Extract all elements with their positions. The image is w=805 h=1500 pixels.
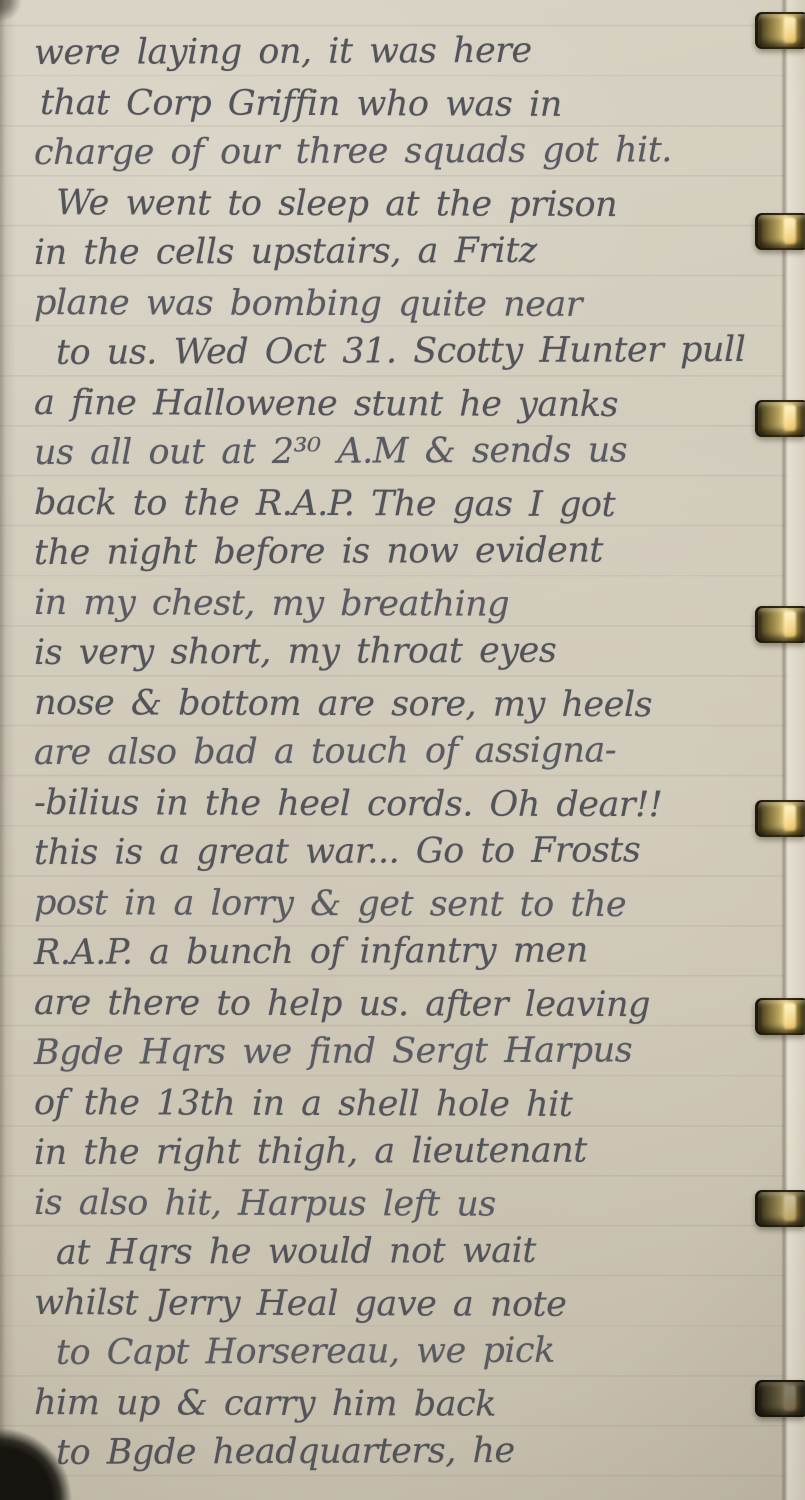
handwriting-line: back to the R.A.P. The gas I got <box>34 478 779 531</box>
handwriting-line: charge of our three squads got hit. <box>34 125 779 178</box>
handwriting-line: in the cells upstairs, a Fritz <box>34 225 779 278</box>
handwriting-line: to us. Wed Oct 31. Scotty Hunter pull <box>34 325 779 378</box>
handwriting-line: R.A.P. a bunch of infantry men <box>34 925 779 978</box>
page-top-corner-shadow <box>0 0 26 30</box>
handwriting-line: post in a lorry & get sent to the <box>34 878 779 931</box>
handwriting-line: is also hit, Harpus left us <box>34 1178 779 1231</box>
handwriting-line: in the right thigh, a lieutenant <box>34 1125 779 1178</box>
handwriting-line: that Corp Griffin who was in <box>34 78 779 131</box>
handwriting-line: were laying on, it was here <box>34 25 779 78</box>
handwriting-line: in my chest, my breathing <box>34 578 779 631</box>
handwriting-line: to Bgde headquarters, he <box>34 1425 779 1478</box>
page-right-edge <box>781 0 805 1500</box>
page-corner-shadow <box>0 1400 95 1500</box>
handwriting-line: a fine Hallowene stunt he yanks <box>34 378 779 431</box>
handwriting-line: whilst Jerry Heal gave a note <box>34 1278 779 1331</box>
handwriting-line: We went to sleep at the prison <box>34 178 779 231</box>
diary-page-photo: were laying on, it was herethat Corp Gri… <box>0 0 805 1500</box>
handwriting-line: nose & bottom are sore, my heels <box>34 678 779 731</box>
handwriting-line: us all out at 2³⁰ A.M & sends us <box>34 425 779 478</box>
handwriting-line: is very short, my throat eyes <box>34 625 779 678</box>
handwriting-line: plane was bombing quite near <box>34 278 779 331</box>
handwriting-line: are there to help us. after leaving <box>34 978 779 1031</box>
handwriting-line: at Hqrs he would not wait <box>34 1225 779 1278</box>
handwriting-line: are also bad a touch of assigna- <box>34 725 779 778</box>
handwriting-line: this is a great war... Go to Frosts <box>34 825 779 878</box>
handwriting-line: to Capt Horsereau, we pick <box>34 1325 779 1378</box>
diary-text: were laying on, it was herethat Corp Gri… <box>34 28 779 1478</box>
handwriting-line: of the 13th in a shell hole hit <box>34 1078 779 1131</box>
handwriting-line: the night before is now evident <box>34 525 779 578</box>
handwriting-line: Bgde Hqrs we find Sergt Harpus <box>34 1025 779 1078</box>
handwriting-line: -bilius in the heel cords. Oh dear!! <box>34 778 779 831</box>
handwriting-line: him up & carry him back <box>34 1378 779 1431</box>
page-left-edge <box>0 0 16 1500</box>
